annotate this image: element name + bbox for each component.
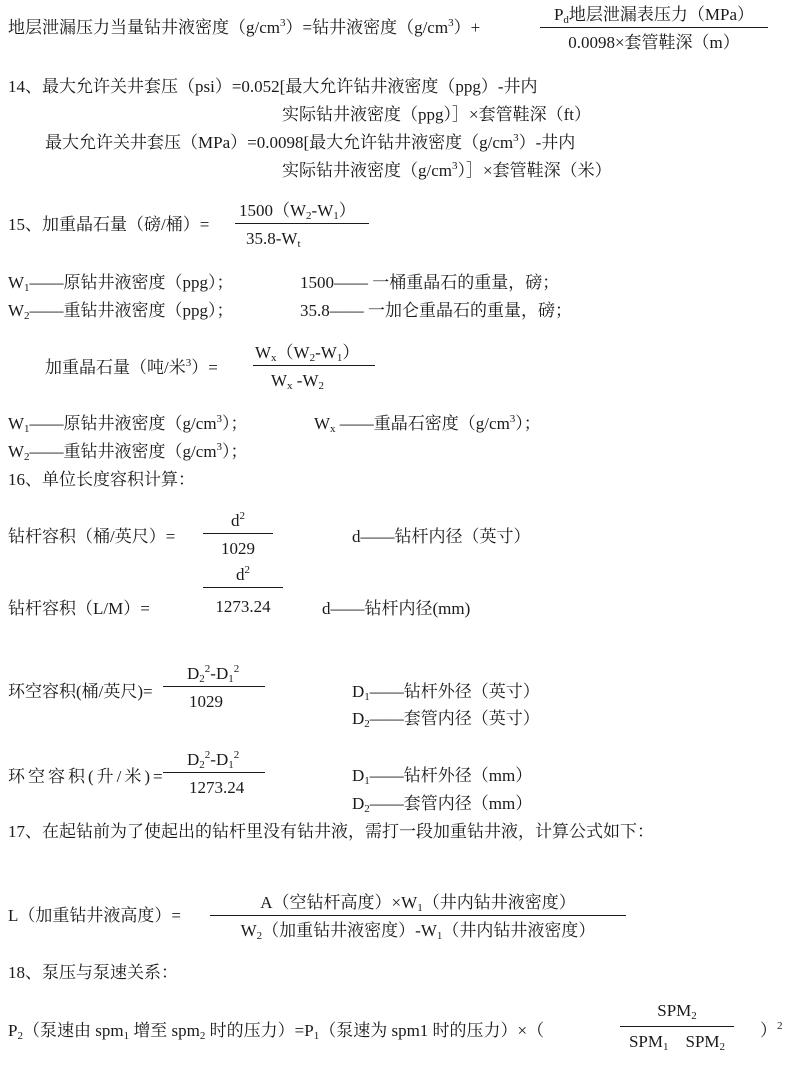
section-15-lhs: 15、加重晶石量（磅/桶）= [8, 214, 209, 236]
annulus-lm-def-d2: D2——套管内径（mm） [352, 793, 532, 815]
section-17-fraction: A（空钻杆高度）×W1（井内钻井液密度） W2（加重钻井液密度）-W1（井内钻井… [210, 892, 626, 942]
section-15-metric-denominator: Wx -W2 [253, 366, 375, 392]
def-35-8: 35.8—— 一加仑重晶石的重量，磅； [300, 300, 572, 322]
annulus-lm-fraction: D22-D12 1273.24 [163, 749, 265, 799]
drillpipe-bbl-fraction: d2 1029 [203, 510, 273, 560]
drillpipe-lm-denominator: 1273.24 [203, 588, 283, 618]
section-18-denominator: SPM1 SPM2 [620, 1027, 734, 1053]
section-17-lhs: L（加重钻井液高度）= [8, 905, 181, 927]
annulus-bbl-numerator: D22-D12 [163, 663, 265, 687]
def-w2-ppg: W2——重钻井液密度（ppg）； [8, 300, 234, 322]
section-15-fraction: 1500（W2-W1） 35.8-Wt [235, 200, 369, 250]
section-15-metric-fraction: Wx（W2-W1） Wx -W2 [253, 342, 375, 392]
formula-13-fraction: Pd地层泄漏表压力（MPa） 0.0098×套管鞋深（m） [540, 4, 768, 54]
def-1500: 1500—— 一桶重晶石的重量，磅； [300, 272, 559, 294]
formula-13-denominator: 0.0098×套管鞋深（m） [540, 28, 768, 54]
annulus-bbl-def-d1: D1——钻杆外径（英寸） [352, 681, 540, 703]
section-18-fraction: SPM2 SPM1 SPM2 [620, 1000, 734, 1053]
def-w1-gcm3: W1——原钻井液密度（g/cm3）； [8, 413, 248, 435]
def-w2-gcm3: W2——重钻井液密度（g/cm3）； [8, 441, 248, 463]
section-15-numerator: 1500（W2-W1） [235, 200, 369, 224]
section-18-tail: ）2 [760, 1020, 783, 1042]
drillpipe-lm-def: d——钻杆内径(mm) [322, 598, 470, 620]
section-14-line-4: 实际钻井液密度（g/cm3）］×套管鞋深（米） [282, 160, 612, 182]
section-14-line-1: 14、最大允许关井套压（psi）=0.052[最大允许钻井液密度（ppg）-井内 [8, 76, 538, 98]
annulus-lm-def-d1: D1——钻杆外径（mm） [352, 765, 532, 787]
section-17-title: 17、在起钻前为了使起出的钻杆里没有钻井液，需打一段加重钻井液，计算公式如下： [8, 821, 654, 843]
section-14-line-2: 实际钻井液密度（ppg）］×套管鞋深（ft） [282, 104, 591, 126]
drillpipe-bbl-numerator: d2 [203, 510, 273, 534]
section-17-denominator: W2（加重钻井液密度）-W1（井内钻井液密度） [210, 916, 626, 942]
annulus-bbl-def-d2: D2——套管内径（英寸） [352, 708, 540, 730]
section-16-title: 16、单位长度容积计算： [8, 469, 195, 491]
drillpipe-bbl-def: d——钻杆内径（英寸） [352, 526, 531, 548]
section-17-numerator: A（空钻杆高度）×W1（井内钻井液密度） [210, 892, 626, 916]
formula-13-numerator: Pd地层泄漏表压力（MPa） [540, 4, 768, 28]
annulus-bbl-lhs: 环空容积(桶/英尺)= [8, 681, 153, 703]
annulus-lm-numerator: D22-D12 [163, 749, 265, 773]
section-15-metric-lhs: 加重晶石量（吨/米3）= [45, 357, 218, 379]
def-w1-ppg: W1——原钻井液密度（ppg）； [8, 272, 234, 294]
section-18-numerator: SPM2 [620, 1000, 734, 1027]
annulus-lm-denominator: 1273.24 [163, 773, 265, 799]
def-wx: Wx ——重晶石密度（g/cm3）； [314, 413, 541, 435]
annulus-lm-lhs: 环空容积(升/米)= [8, 766, 166, 788]
section-18-title: 18、泵压与泵速关系： [8, 962, 178, 984]
section-18-lhs: P2（泵速由 spm1 增至 spm2 时的压力）=P1（泵速为 spm1 时的… [8, 1020, 544, 1042]
drillpipe-bbl-lhs: 钻杆容积（桶/英尺）= [8, 526, 175, 548]
drillpipe-bbl-denominator: 1029 [203, 534, 273, 560]
drillpipe-lm-numerator: d2 [203, 564, 283, 588]
section-15-denominator: 35.8-Wt [235, 224, 369, 250]
annulus-bbl-denominator: 1029 [163, 687, 265, 713]
section-15-metric-numerator: Wx（W2-W1） [253, 342, 375, 366]
drillpipe-lm-lhs: 钻杆容积（L/M）= [8, 598, 150, 620]
formula-13-lhs: 地层泄漏压力当量钻井液密度（g/cm3）=钻井液密度（g/cm3）+ [8, 17, 480, 39]
section-14-line-3: 最大允许关井套压（MPa）=0.0098[最大允许钻井液密度（g/cm3）-井内 [45, 132, 575, 154]
drillpipe-lm-fraction: d2 1273.24 [203, 564, 283, 618]
annulus-bbl-fraction: D22-D12 1029 [163, 663, 265, 713]
